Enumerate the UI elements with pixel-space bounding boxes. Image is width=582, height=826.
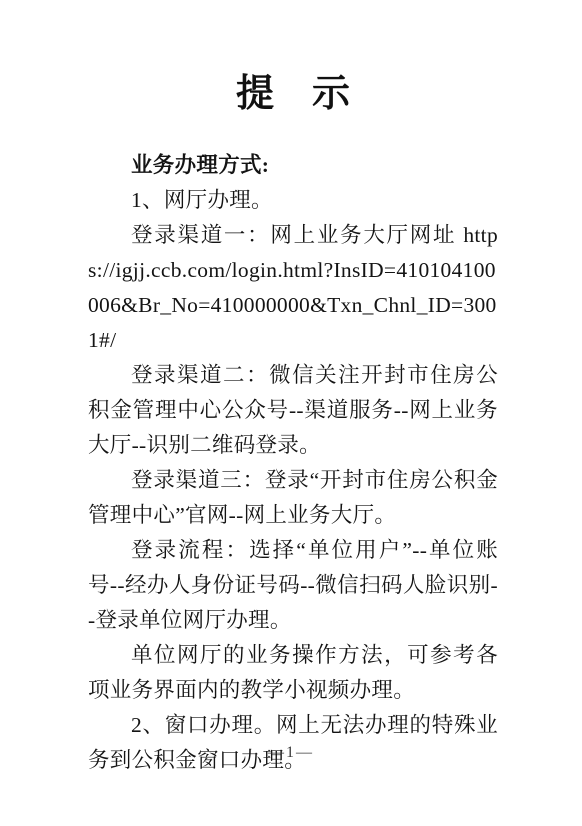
paragraph-tutorial-videos: 单位网厅的业务操作方法，可参考各项业务界面内的教学小视频办理。: [88, 638, 498, 708]
document-body: 提 示 业务办理方式: 1、网厅办理。 登录渠道一：网上业务大厅网址 https…: [0, 0, 582, 778]
section-heading: 业务办理方式:: [88, 148, 498, 183]
paragraph-login-channel-1: 登录渠道一：网上业务大厅网址 https://igjj.ccb.com/logi…: [88, 218, 498, 358]
paragraph-login-channel-2: 登录渠道二：微信关注开封市住房公积金管理中心公众号--渠道服务--网上业务大厅-…: [88, 358, 498, 463]
paragraph-window-service: 2、窗口办理。网上无法办理的特殊业务到公积金窗口办理。: [88, 708, 498, 778]
paragraph-login-process: 登录流程：选择“单位用户”--单位账号--经办人身份证号码--微信扫码人脸识别-…: [88, 533, 498, 638]
page-number: —1—: [0, 744, 582, 762]
paragraph-online-hall: 1、网厅办理。: [88, 183, 498, 218]
document-title: 提 示: [88, 70, 498, 118]
document-page: 提 示 业务办理方式: 1、网厅办理。 登录渠道一：网上业务大厅网址 https…: [0, 0, 582, 826]
paragraph-login-channel-3: 登录渠道三：登录“开封市住房公积金管理中心”官网--网上业务大厅。: [88, 463, 498, 533]
